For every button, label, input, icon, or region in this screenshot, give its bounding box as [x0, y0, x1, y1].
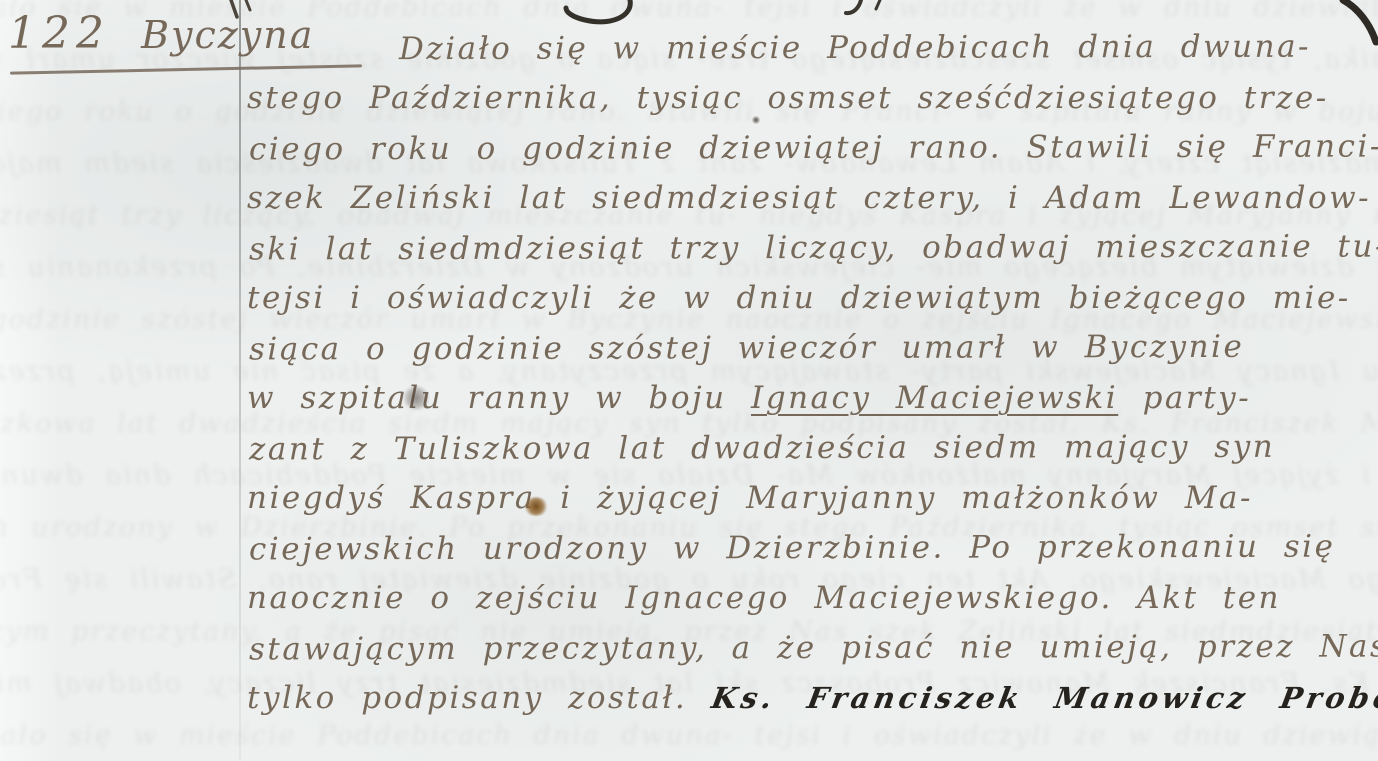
body-line-text: niegdyś Kaspra i żyjącej Maryjanny małżo…	[247, 480, 1253, 516]
body-line-text: siąca o godzinie szóstej wieczór umarł w…	[249, 329, 1244, 368]
body-line-text: szek Zeliński lat siedmdziesiąt cztery, …	[247, 180, 1371, 216]
body-line: tylko podpisany został. Ks. Franciszek M…	[247, 680, 1372, 730]
body-line-text: Działo się w mieście Poddebicach dnia dw…	[399, 29, 1311, 67]
body-line: niegdyś Kaspra i żyjącej Maryjanny małżo…	[247, 480, 1372, 530]
body-line: ski lat siedmdziesiąt trzy liczący, obad…	[249, 229, 1374, 282]
body-line: naocznie o zejściu Ignacego Maciejewskie…	[247, 580, 1372, 630]
body-line-text: stego Października, tysiąc osmset sześćd…	[247, 80, 1329, 116]
body-line-text: ski lat siedmdziesiąt trzy liczący, obad…	[249, 228, 1378, 267]
body-line: siąca o godzinie szóstej wieczór umarł w…	[249, 329, 1374, 382]
body-line: stego Października, tysiąc osmset sześćd…	[247, 80, 1372, 130]
underlined-name: Ignacy Maciejewski	[751, 380, 1118, 416]
record-body: Działo się w mieście Poddebicach dnia dw…	[247, 30, 1372, 730]
priest-signature: Ks. Franciszek Manowicz Proboszcz	[709, 681, 1378, 715]
scanned-register-page: Działo się w mieście Poddebicach dnia dw…	[0, 0, 1378, 761]
body-line-text: ciejewskich urodzony w Dzierzbinie. Po p…	[249, 529, 1336, 568]
body-line: ciego roku o godzinie dziewiątej rano. S…	[249, 129, 1374, 182]
body-line-text: w szpitalu ranny w boju	[247, 380, 751, 416]
body-line: zant z Tuliszkowa lat dwadzieścia siedm …	[249, 429, 1374, 482]
body-line: tejsi i oświadczyli że w dniu dziewiątym…	[247, 280, 1372, 330]
vertical-fold-line	[239, 0, 241, 761]
body-line-text: ciego roku o godzinie dziewiątej rano. S…	[249, 129, 1378, 168]
body-line-text: naocznie o zejściu Ignacego Maciejewskie…	[247, 580, 1281, 616]
body-line-text: stawającym przeczytany, a że pisać nie u…	[249, 628, 1378, 667]
act-number: 122	[8, 8, 110, 59]
body-line-text: tylko podpisany został.	[247, 680, 712, 716]
body-line: ciejewskich urodzony w Dzierzbinie. Po p…	[249, 529, 1374, 582]
body-line-text: party-	[1118, 380, 1251, 416]
body-line: stawającym przeczytany, a że pisać nie u…	[249, 629, 1374, 682]
body-line-text: zant z Tuliszkowa lat dwadzieścia siedm …	[249, 429, 1275, 468]
body-line: w szpitalu ranny w boju Ignacy Maciejews…	[247, 380, 1372, 430]
body-line: szek Zeliński lat siedmdziesiąt cztery, …	[247, 180, 1372, 230]
body-line: Działo się w mieście Poddebicach dnia dw…	[249, 29, 1374, 82]
body-line-text: tejsi i oświadczyli że w dniu dziewiątym…	[247, 280, 1351, 316]
